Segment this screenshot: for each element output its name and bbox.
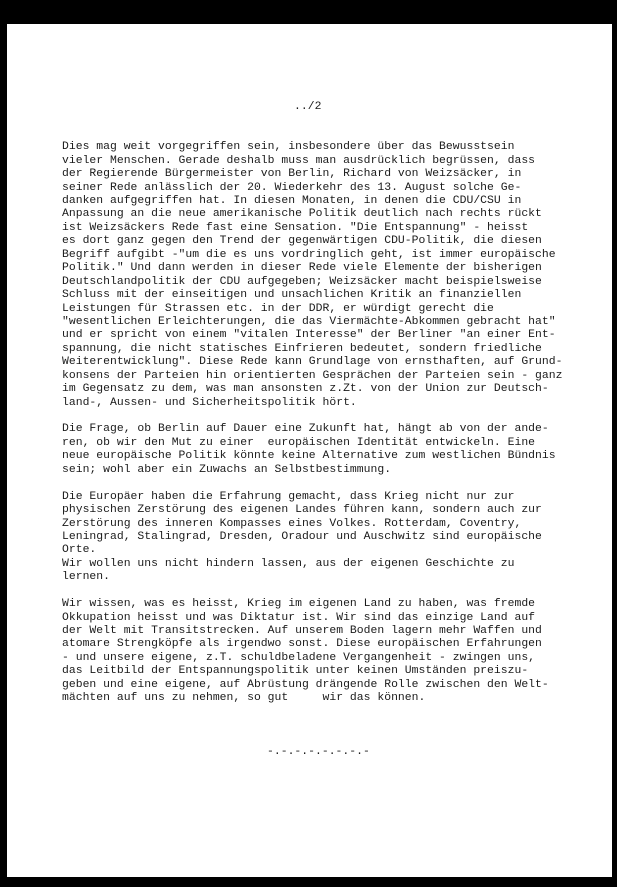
text-line: Leningrad, Stalingrad, Dresden, Oradour … [62,531,602,544]
text-line: Wir wissen, was es heisst, Krieg im eige… [62,598,602,611]
paragraph-gap [62,477,602,490]
text-line: Wir wollen uns nicht hindern lassen, aus… [62,558,602,571]
text-line: Orte. [62,544,602,557]
text-line: konsens der Parteien hin orientierten Ge… [62,370,602,383]
paragraph-gap [62,585,602,598]
text-line: spannung, die nicht statisches Einfriere… [62,343,602,356]
text-line: atomare Strengköpfe als irgendwo sonst. … [62,638,602,651]
text-line: Politik." Und dann werden in dieser Rede… [62,262,602,275]
paragraph: Dies mag weit vorgegriffen sein, insbeso… [62,141,602,410]
text-line: Weiterentwicklung". Diese Rede kann Grun… [62,356,602,369]
text-line: Schluss mit der einseitigen und unsachli… [62,289,602,302]
text-line: im Gegensatz zu dem, was man ansonsten z… [62,383,602,396]
text-line: Deutschlandpolitik der CDU aufgegeben; W… [62,276,602,289]
text-line: Dies mag weit vorgegriffen sein, insbeso… [62,141,602,154]
text-line: lernen. [62,571,602,584]
text-line: Anpassung an die neue amerikanische Poli… [62,208,602,221]
document-body: ../2 Dies mag weit vorgegriffen sein, in… [62,74,602,786]
text-line: geben und eine eigene, auf Abrüstung drä… [62,679,602,692]
text-line: sein; wohl aber ein Zuwachs an Selbstbes… [62,464,602,477]
closing-mark: -.-.-.-.-.-.-.- [62,746,602,759]
text-line: Die Frage, ob Berlin auf Dauer eine Zuku… [62,423,602,436]
paragraph-gap [62,410,602,423]
paragraph: Die Frage, ob Berlin auf Dauer eine Zuku… [62,423,602,477]
text-line: "wesentlichen Erleichterungen, die das V… [62,316,602,329]
text-line: vieler Menschen. Gerade deshalb muss man… [62,155,602,168]
text-line: der Regierende Bürgermeister von Berlin,… [62,168,602,181]
text-line: der Welt mit Transitstrecken. Auf unsere… [62,625,602,638]
text-line: Begriff aufgibt -"um die es uns vordring… [62,249,602,262]
text-line: Zerstörung des inneren Kompasses eines V… [62,518,602,531]
text-line: Leistungen für Strassen etc. in der DDR,… [62,303,602,316]
page-reference: ../2 [62,101,602,114]
text-line: danken aufgegriffen hat. In diesen Monat… [62,195,602,208]
text-line: Okkupation heisst und was Diktatur ist. … [62,612,602,625]
text-line: Die Europäer haben die Erfahrung gemacht… [62,491,602,504]
text-line: mächten auf uns zu nehmen, so gut wir da… [62,692,602,705]
paragraphs-container: Dies mag weit vorgegriffen sein, insbeso… [62,141,602,705]
text-line: ren, ob wir den Mut zu einer europäische… [62,437,602,450]
text-line: das Leitbild der Entspannungspolitik unt… [62,665,602,678]
text-line: physischen Zerstörung des eigenen Landes… [62,504,602,517]
text-line: land-, Aussen- und Sicherheitspolitik hö… [62,397,602,410]
paragraph: Wir wissen, was es heisst, Krieg im eige… [62,598,602,706]
text-line: seiner Rede anlässlich der 20. Wiederkeh… [62,182,602,195]
document-page: ../2 Dies mag weit vorgegriffen sein, in… [7,24,612,877]
text-line: neue europäische Politik könnte keine Al… [62,450,602,463]
paragraph: Die Europäer haben die Erfahrung gemacht… [62,491,602,585]
text-line: - und unsere eigene, z.T. schuldbeladene… [62,652,602,665]
text-line: und er spricht von einem "vitalen Intere… [62,329,602,342]
text-line: es dort ganz gegen den Trend der gegenwä… [62,235,602,248]
text-line: ist Weizsäckers Rede fast eine Sensation… [62,222,602,235]
